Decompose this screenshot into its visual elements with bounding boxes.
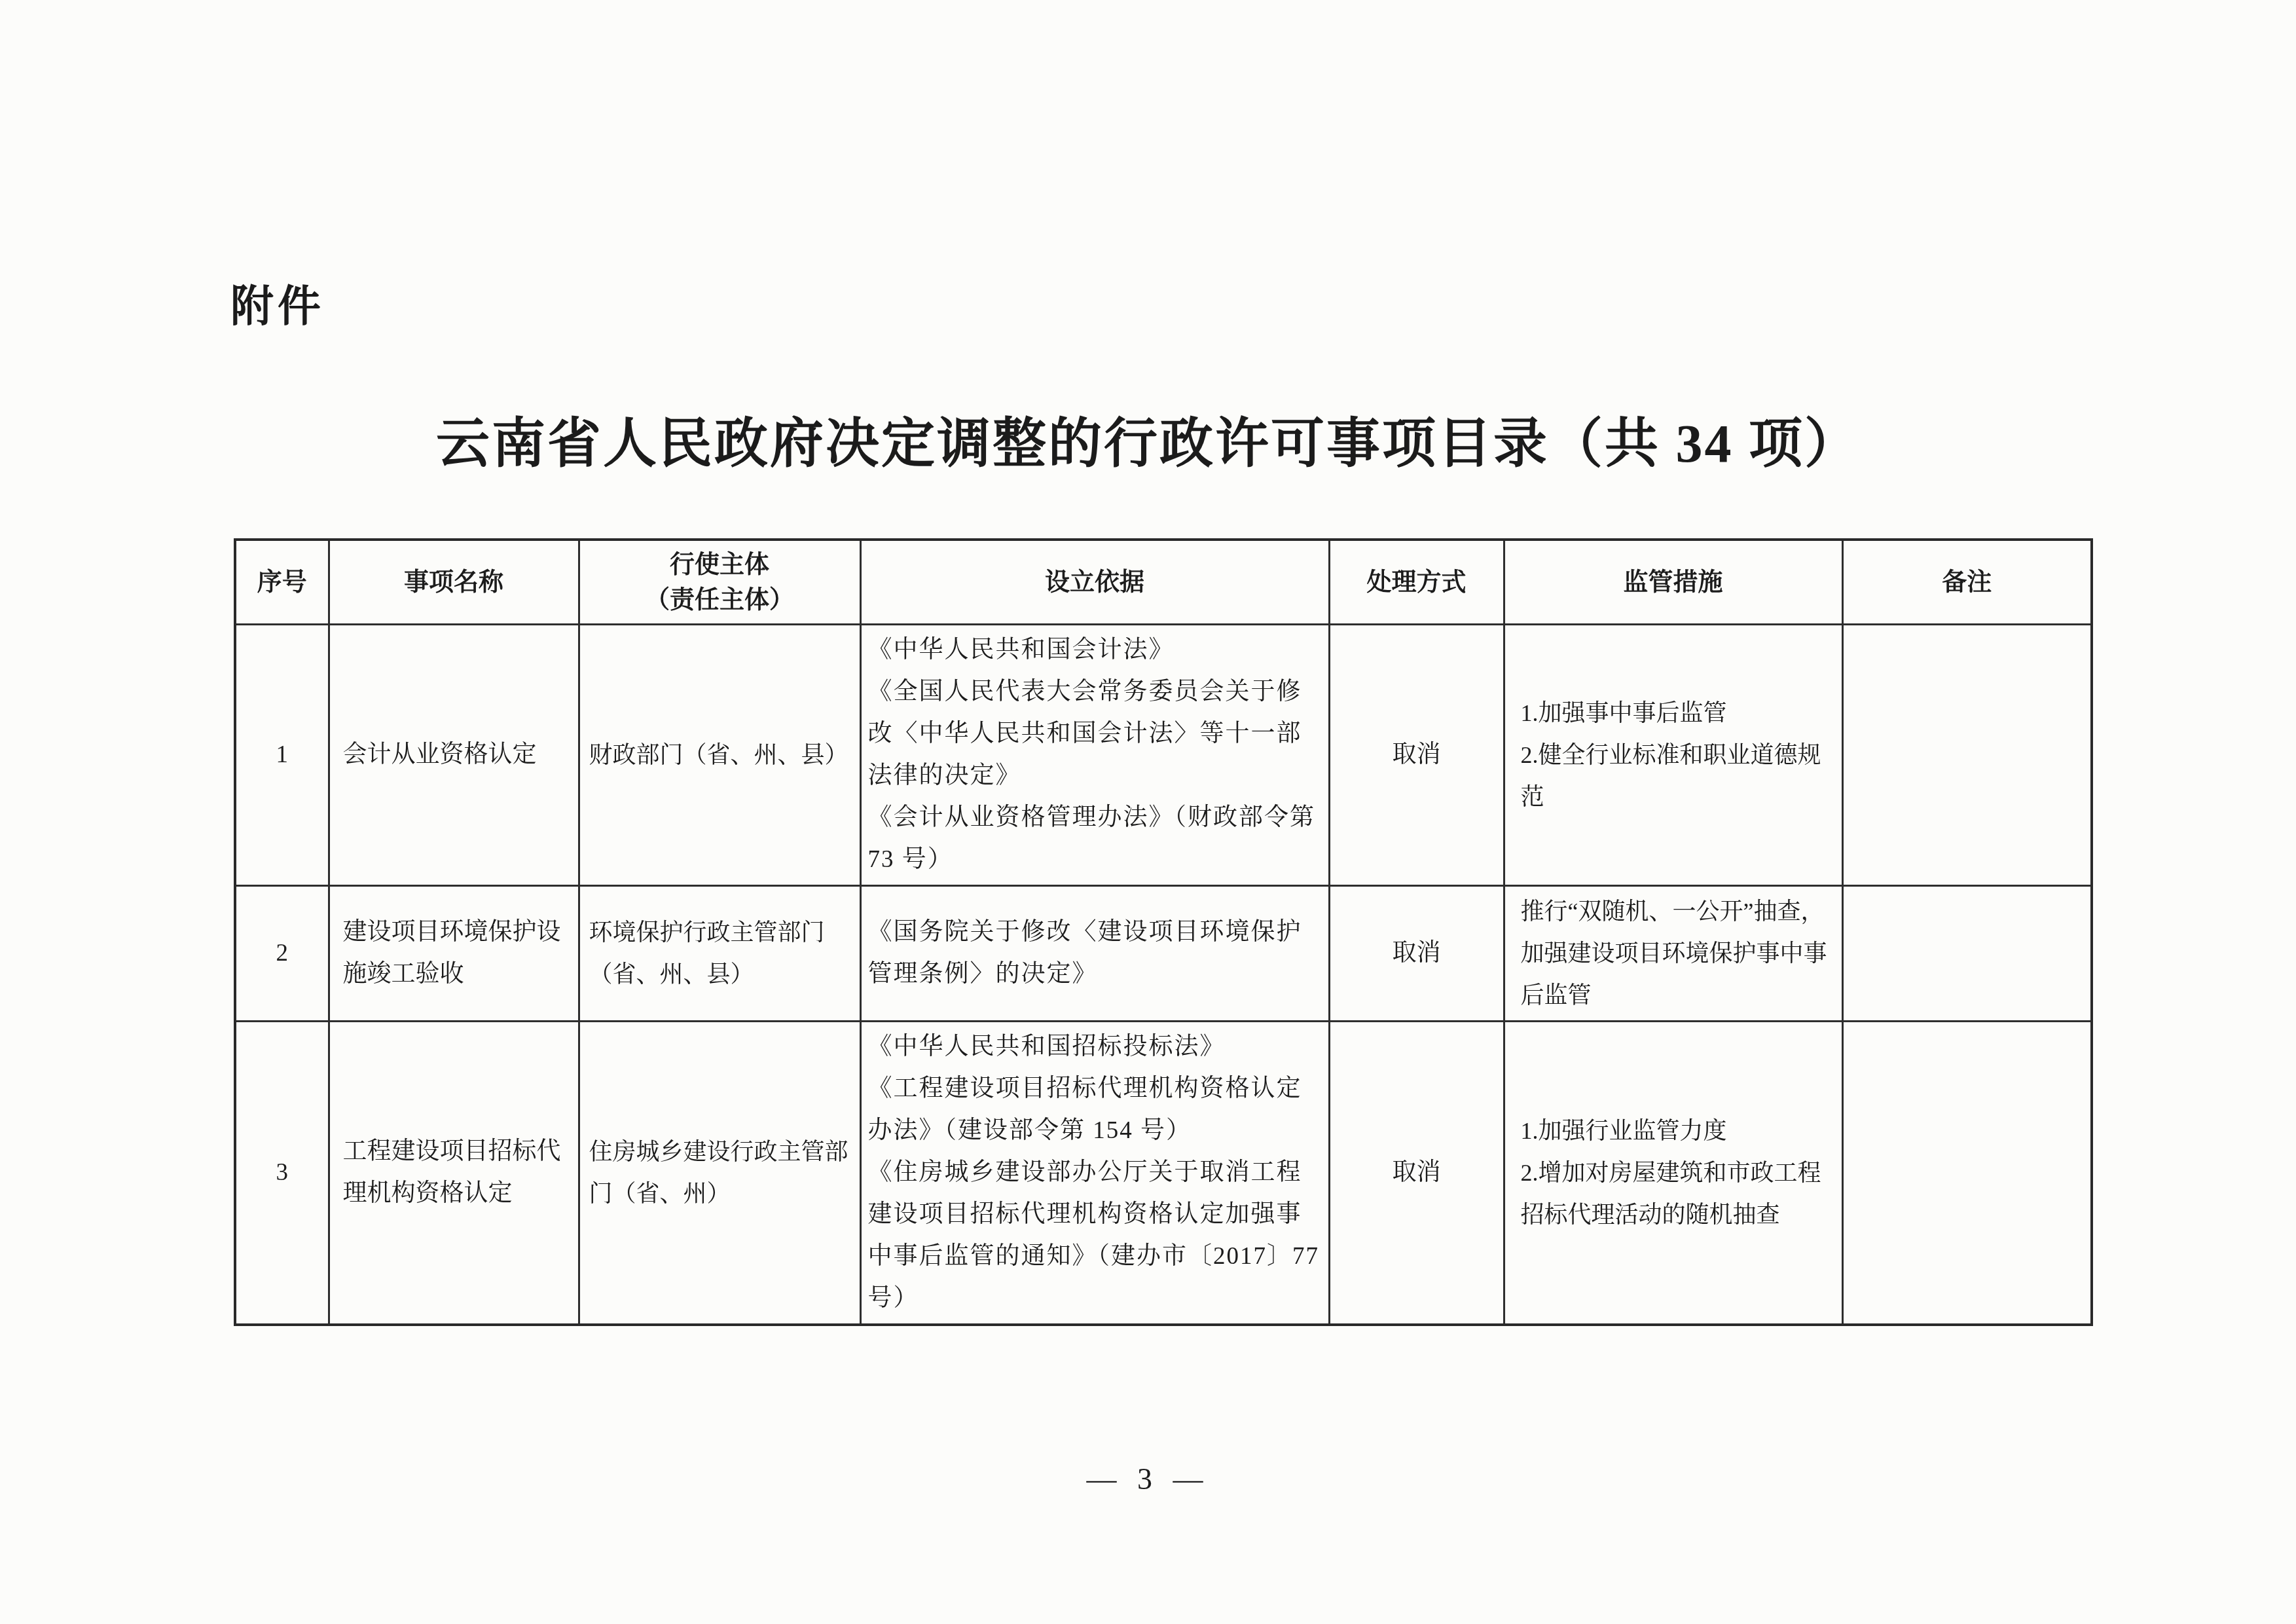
attachment-label: 附件 (230, 271, 325, 333)
row2-action: 取消 (1329, 886, 1504, 1022)
page-number: — 3 — (0, 1462, 2296, 1496)
row1-action: 取消 (1329, 625, 1504, 886)
row3-remarks (1842, 1022, 2092, 1325)
col-header-legal-basis: 设立依据 (860, 540, 1329, 625)
col-header-action: 处理方式 (1329, 540, 1504, 625)
row1-authority: 财政部门（省、州、县） (579, 625, 860, 886)
row1-remarks (1842, 625, 2092, 886)
table-row: 3 工程建设项目招标代理机构资格认定 住房城乡建设行政主管部门（省、州） 《中华… (235, 1022, 2092, 1325)
row3-item-name: 工程建设项目招标代理机构资格认定 (329, 1022, 579, 1325)
row2-item-name: 建设项目环境保护设施竣工验收 (329, 886, 579, 1022)
row1-legal-basis: 《中华人民共和国会计法》 《全国人民代表大会常务委员会关于修改〈中华人民共和国会… (860, 625, 1329, 886)
col-header-authority: 行使主体 （责任主体） (579, 540, 860, 625)
col-header-remarks: 备注 (1842, 540, 2092, 625)
row2-seq: 2 (235, 886, 329, 1022)
scanned-document-page: 附件 云南省人民政府决定调整的行政许可事项目录（共 34 项） 序号 事项名称 … (0, 0, 2296, 1624)
row2-remarks (1842, 886, 2092, 1022)
row3-seq: 3 (235, 1022, 329, 1325)
permit-items-table: 序号 事项名称 行使主体 （责任主体） 设立依据 处理方式 监管措施 备注 1 … (234, 538, 2093, 1326)
row2-supervision: 推行“双随机、一公开”抽查，加强建设项目环境保护事中事后监管 (1504, 886, 1842, 1022)
table-row: 2 建设项目环境保护设施竣工验收 环境保护行政主管部门（省、州、县） 《国务院关… (235, 886, 2092, 1022)
row1-seq: 1 (235, 625, 329, 886)
document-title: 云南省人民政府决定调整的行政许可事项目录（共 34 项） (0, 401, 2296, 477)
col-header-supervision: 监管措施 (1504, 540, 1842, 625)
row3-action: 取消 (1329, 1022, 1504, 1325)
col-header-item-name: 事项名称 (329, 540, 579, 625)
col-header-seq: 序号 (235, 540, 329, 625)
row3-supervision: 1.加强行业监管力度 2.增加对房屋建筑和市政工程招标代理活动的随机抽查 (1504, 1022, 1842, 1325)
row2-legal-basis: 《国务院关于修改〈建设项目环境保护管理条例〉的决定》 (860, 886, 1329, 1022)
table-header-row: 序号 事项名称 行使主体 （责任主体） 设立依据 处理方式 监管措施 备注 (235, 540, 2092, 625)
row1-item-name: 会计从业资格认定 (329, 625, 579, 886)
row2-authority: 环境保护行政主管部门（省、州、县） (579, 886, 860, 1022)
table-row: 1 会计从业资格认定 财政部门（省、州、县） 《中华人民共和国会计法》 《全国人… (235, 625, 2092, 886)
row3-legal-basis: 《中华人民共和国招标投标法》 《工程建设项目招标代理机构资格认定办法》（建设部令… (860, 1022, 1329, 1325)
row3-authority: 住房城乡建设行政主管部门（省、州） (579, 1022, 860, 1325)
row1-supervision: 1.加强事中事后监管 2.健全行业标准和职业道德规范 (1504, 625, 1842, 886)
